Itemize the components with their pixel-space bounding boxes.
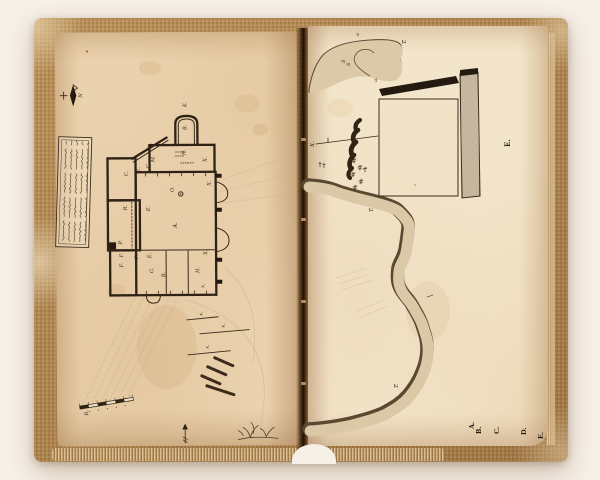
legend-letter: D. bbox=[520, 427, 528, 435]
map-label: T. bbox=[402, 39, 408, 44]
map-label: S bbox=[341, 59, 347, 63]
plan-label: F. bbox=[119, 253, 125, 259]
map-label: a bbox=[355, 33, 361, 36]
stitch bbox=[301, 382, 306, 385]
plan-label: O. bbox=[170, 186, 176, 192]
river-channel bbox=[308, 185, 433, 431]
plan-label: H. bbox=[195, 266, 201, 273]
plan-label: N. bbox=[181, 149, 187, 156]
plan-label: X. bbox=[203, 249, 209, 256]
title-cartouche bbox=[56, 137, 92, 248]
plumb-arrow bbox=[182, 423, 188, 443]
terraced-rock bbox=[348, 120, 360, 178]
legend-letter: B. bbox=[475, 426, 483, 434]
plan-label: F. bbox=[119, 263, 125, 269]
plan-label: G. bbox=[149, 267, 155, 273]
map-label: T. bbox=[369, 207, 375, 212]
frayed-bottom-edge bbox=[52, 448, 444, 461]
compass-label: N bbox=[78, 93, 84, 99]
compass-north-mark bbox=[60, 85, 78, 107]
plan-label: x. bbox=[221, 323, 227, 328]
plan-label: x. bbox=[200, 283, 206, 288]
left-page: K. B. N. M. D. C. E. C. O. A. R. E. P. F… bbox=[55, 31, 300, 446]
plan-label: B. bbox=[182, 124, 188, 131]
plan-label: F. bbox=[134, 255, 140, 261]
plan-label: A. bbox=[173, 222, 179, 229]
inline-capital: E. bbox=[503, 139, 512, 147]
scale-label: R. bbox=[84, 410, 90, 417]
map-label: a. bbox=[373, 77, 379, 82]
right-page: a T. S S a. X. T. T. E. A. B. C. D. E. bbox=[308, 26, 548, 446]
plan-label: C. bbox=[124, 171, 130, 177]
left-page-drawing: K. B. N. M. D. C. E. C. O. A. R. E. P. F… bbox=[55, 31, 300, 446]
plan-label: X. bbox=[202, 156, 208, 163]
page-stack-edge bbox=[547, 33, 555, 445]
plan-label: C. bbox=[146, 163, 152, 169]
plan-label: E. bbox=[147, 252, 153, 259]
plan-label: K. bbox=[182, 101, 188, 108]
plan-label: R. bbox=[123, 205, 129, 212]
photo-background: K. B. N. M. D. C. E. C. O. A. R. E. P. F… bbox=[0, 0, 600, 480]
stitch bbox=[301, 218, 306, 221]
stitch bbox=[301, 300, 306, 303]
note-box bbox=[379, 99, 458, 196]
plan-label: E. bbox=[146, 206, 152, 213]
open-manuscript-book: K. B. N. M. D. C. E. C. O. A. R. E. P. F… bbox=[34, 18, 568, 462]
stitch bbox=[301, 138, 306, 141]
survey-baseline bbox=[316, 136, 378, 144]
plan-label: D. bbox=[147, 142, 153, 149]
plan-label: E. bbox=[136, 167, 142, 174]
buttresses bbox=[109, 174, 223, 285]
right-page-drawing: a T. S S a. X. T. T. E. A. B. C. D. E. bbox=[308, 26, 548, 446]
plan-label: P. bbox=[118, 240, 124, 245]
legend-letter: E. bbox=[537, 432, 545, 439]
plan-label: B. bbox=[161, 271, 167, 278]
map-label: S bbox=[346, 62, 352, 66]
plant-sketch bbox=[238, 422, 278, 439]
legend-letters: A. B. C. D. E. bbox=[468, 422, 545, 439]
river-oxbow bbox=[309, 40, 403, 94]
stains-left bbox=[86, 49, 270, 389]
plan-label: x. bbox=[198, 311, 204, 316]
map-label: T. bbox=[394, 383, 400, 388]
plan-label: M. bbox=[150, 155, 156, 163]
map-label: X. bbox=[310, 141, 316, 148]
legend-letter: C. bbox=[493, 427, 501, 434]
plan-label: x. bbox=[205, 344, 211, 349]
plan-label: X. bbox=[207, 180, 213, 187]
pencil-marks bbox=[336, 268, 387, 318]
